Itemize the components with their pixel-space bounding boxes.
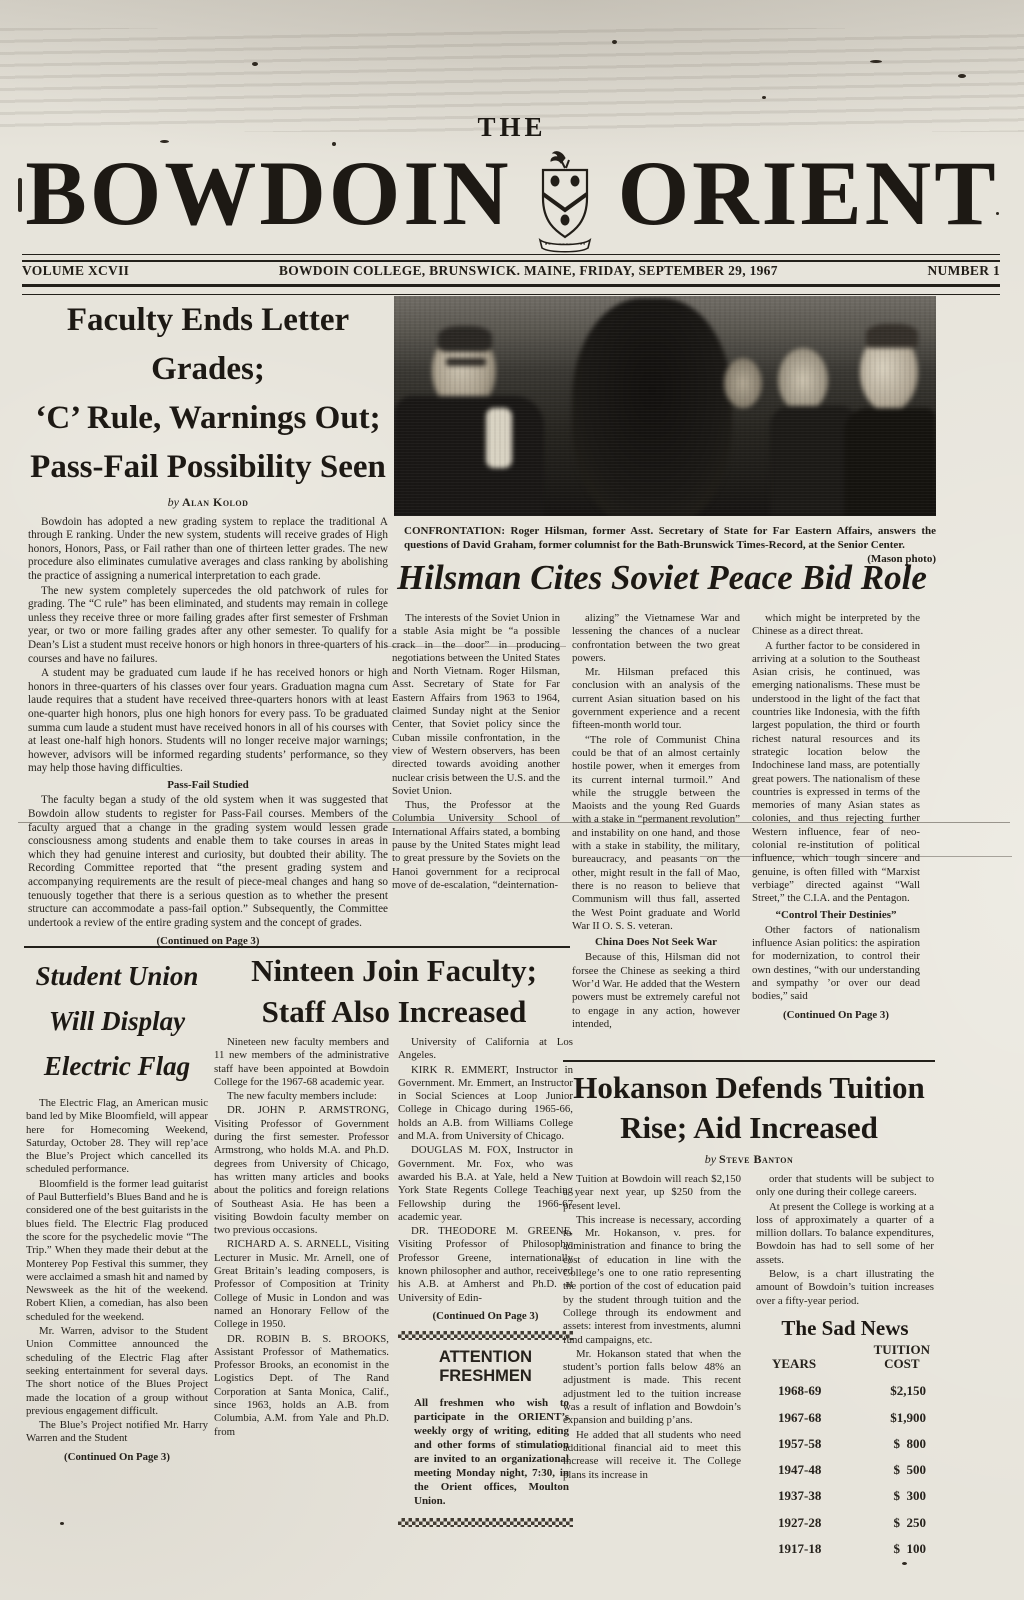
scan-speck — [612, 40, 617, 44]
table-row: 1927-28$ 250 — [756, 1516, 934, 1529]
subhead: Pass-Fail Studied — [28, 779, 388, 793]
paragraph: DOUGLAS M. FOX, Instructor in Government… — [398, 1144, 573, 1224]
table-row: 1937-38$ 300 — [756, 1489, 934, 1502]
table-row: 1968-69$2,150 — [756, 1384, 934, 1397]
masthead-kicker: THE — [0, 112, 1024, 143]
continued-note: (Continued On Page 3) — [398, 1310, 573, 1323]
hilsman-column-3: which might be interpreted by the Chines… — [752, 612, 920, 1062]
paragraph: Mr. Hilsman prefaced this conclusion wit… — [572, 666, 740, 732]
paragraph: KIRK R. EMMERT, Instructor in Government… — [398, 1064, 573, 1144]
paragraph: Other factors of nationalism influence A… — [752, 924, 920, 1004]
cost-cell: $ 300 — [894, 1489, 927, 1502]
hokanson-column-1: Tuition at Bowdoin will reach $2,150 a y… — [563, 1173, 741, 1555]
union-headline: Student Union Will Display Electric Flag — [26, 954, 208, 1089]
headline-line: Faculty Ends Letter Grades; — [28, 296, 388, 394]
headline-line: Staff Also Increased — [214, 991, 574, 1032]
attention-title-line: ATTENTION — [398, 1348, 573, 1367]
headline-line: Student Union — [26, 954, 208, 999]
paragraph: Tuition at Bowdoin will reach $2,150 a y… — [563, 1173, 741, 1213]
cost-cell: $ 250 — [894, 1516, 927, 1529]
headline-line: Electric Flag — [26, 1044, 208, 1089]
paragraph: Mr. Warren, advisor to the Student Union… — [26, 1325, 208, 1418]
year-cell: 1927-28 — [778, 1516, 821, 1529]
paragraph: order that students will be subject to o… — [756, 1173, 934, 1200]
byline-name: Alan Kolod — [182, 495, 248, 509]
year-cell: 1937-38 — [778, 1489, 821, 1502]
byline: by Steve Banton — [563, 1152, 935, 1167]
paragraph: which might be interpreted by the Chines… — [752, 612, 920, 639]
scan-speck — [762, 96, 766, 99]
attention-title-line: FRESHMEN — [398, 1367, 573, 1386]
scan-speck — [958, 74, 966, 78]
paragraph: “The role of Communist China could be th… — [572, 734, 740, 933]
paragraph: Below, is a chart illustrating the amoun… — [756, 1268, 934, 1308]
lead-headline: Faculty Ends Letter Grades; ‘C’ Rule, Wa… — [28, 296, 388, 492]
cost-cell: $ 100 — [894, 1542, 927, 1555]
continued-note: (Continued On Page 3) — [26, 1451, 208, 1464]
hilsman-column-1: The interests of the Soviet Union in a s… — [392, 612, 560, 952]
paragraph: Nineteen new faculty members and 11 new … — [214, 1036, 389, 1089]
hilsman-headline: Hilsman Cites Soviet Peace Bid Role — [388, 558, 936, 598]
paragraph: DR. ROBIN B. S. BROOKS, Assistant Profes… — [214, 1333, 389, 1439]
dateline-rule-top — [22, 254, 1000, 262]
table-row: 1947-48$ 500 — [756, 1463, 934, 1476]
paragraph: The Blue’s Project notified Mr. Harry Wa… — [26, 1419, 208, 1446]
table-title: The Sad News — [756, 1322, 934, 1335]
volume-label: VOLUME XCVII — [22, 263, 129, 279]
headline-line: Will Display — [26, 999, 208, 1044]
table-header-years: YEARS — [772, 1357, 816, 1371]
bowdoin-crest-icon — [532, 148, 598, 263]
paragraph: Mr. Hokanson stated that when the studen… — [563, 1348, 741, 1428]
paragraph: RICHARD A. S. ARNELL, Visiting Lecturer … — [214, 1238, 389, 1331]
table-row: 1917-18$ 100 — [756, 1542, 934, 1555]
paragraph: This increase is necessary, according to… — [563, 1214, 741, 1347]
article-tuition-rise: Hokanson Defends Tuition Rise; Aid Incre… — [563, 1068, 935, 1555]
cost-cell: $ 800 — [894, 1437, 927, 1450]
hokanson-columns: Tuition at Bowdoin will reach $2,150 a y… — [563, 1173, 935, 1555]
scan-speck — [870, 60, 882, 63]
continued-note: (Continued On Page 3) — [752, 1009, 920, 1022]
table-row: 1967-68$1,900 — [756, 1411, 934, 1424]
faculty-column-1: Nineteen new faculty members and 11 new … — [214, 1036, 389, 1576]
year-cell: 1967-68 — [778, 1411, 821, 1424]
attention-freshmen-box: ATTENTION FRESHMEN All freshmen who wish… — [398, 1331, 573, 1527]
byline-name: Steve Banton — [719, 1152, 793, 1166]
masthead-title-right: ORIENT — [618, 150, 999, 237]
paragraph: The new faculty members include: — [214, 1090, 389, 1103]
confrontation-photo — [394, 296, 936, 516]
headline-line: Rise; Aid Increased — [563, 1108, 935, 1148]
paragraph: The interests of the Soviet Union in a s… — [392, 612, 560, 798]
paragraph: Bowdoin has adopted a new grading system… — [28, 516, 388, 584]
paragraph: DR. THEODORE M. GREENE, Visiting Profess… — [398, 1225, 573, 1305]
table-row: 1957-58$ 800 — [756, 1437, 934, 1450]
dateline-rule-bottom — [22, 284, 1000, 295]
paragraph: Because of this, Hilsman did not forsee … — [572, 951, 740, 1031]
paragraph: A further factor to be considered in arr… — [752, 640, 920, 906]
masthead-title-row: BOWDOIN ORIENT — [0, 150, 1024, 263]
paragraph: The new system completely supercedes the… — [28, 585, 388, 667]
paragraph: A student may be graduated cum laude if … — [28, 667, 388, 776]
paragraph: Thus, the Professor at the Columbia Univ… — [392, 799, 560, 892]
attention-body: All freshmen who wish to participate in … — [414, 1396, 569, 1508]
paragraph: DR. JOHN P. ARMSTRONG, Visiting Professo… — [214, 1104, 389, 1237]
issue-number: NUMBER 1 — [927, 263, 1000, 279]
cost-cell: $1,900 — [890, 1411, 926, 1424]
subhead: “Control Their Destinies” — [752, 909, 920, 922]
dateline-text: BOWDOIN COLLEGE, BRUNSWICK. MAINE, FRIDA… — [279, 263, 778, 279]
byline-prefix: by — [705, 1152, 716, 1166]
article-faculty-grades: Faculty Ends Letter Grades; ‘C’ Rule, Wa… — [28, 296, 388, 949]
year-cell: 1917-18 — [778, 1542, 821, 1555]
cost-cell: $2,150 — [890, 1384, 926, 1397]
paragraph: University of California at Los Angeles. — [398, 1036, 573, 1063]
scan-speck — [902, 1562, 907, 1565]
tuition-table: The Sad News YEARS TUITION COST 1968-69$… — [756, 1322, 934, 1555]
table-header-line: TUITION — [874, 1343, 930, 1357]
section-rule — [563, 1060, 935, 1062]
checker-border-top — [398, 1331, 573, 1340]
year-cell: 1957-58 — [778, 1437, 821, 1450]
checker-border-bottom — [398, 1518, 573, 1527]
byline-prefix: by — [168, 495, 179, 509]
section-rule — [24, 946, 570, 948]
scan-speck — [252, 62, 258, 66]
headline-line: Hokanson Defends Tuition — [563, 1068, 935, 1108]
table-header: YEARS TUITION COST — [756, 1343, 934, 1371]
hokanson-headline: Hokanson Defends Tuition Rise; Aid Incre… — [563, 1068, 935, 1148]
table-header-cost: TUITION COST — [874, 1343, 930, 1371]
faculty-headline: Ninteen Join Faculty; Staff Also Increas… — [214, 950, 574, 1032]
year-cell: 1968-69 — [778, 1384, 821, 1397]
scan-speck — [60, 1522, 64, 1525]
article-electric-flag: Student Union Will Display Electric Flag… — [26, 954, 208, 1464]
paragraph: At present the College is working at a l… — [756, 1201, 934, 1267]
hilsman-column-2: alizing” the Vietnamese War and lessenin… — [572, 612, 740, 1064]
dateline: VOLUME XCVII BOWDOIN COLLEGE, BRUNSWICK.… — [22, 263, 1000, 279]
year-cell: 1947-48 — [778, 1463, 821, 1476]
faculty-column-2: University of California at Los Angeles.… — [398, 1036, 573, 1584]
headline-line: ‘C’ Rule, Warnings Out; — [28, 394, 388, 443]
paragraph: The faculty began a study of the old sys… — [28, 794, 388, 930]
byline: by Alan Kolod — [28, 496, 388, 510]
table-header-line: COST — [874, 1357, 930, 1371]
photo-caption-text: CONFRONTATION: Roger Hilsman, former Ass… — [404, 525, 936, 551]
masthead-title-left: BOWDOIN — [25, 150, 511, 237]
paragraph: The Electric Flag, an American music ban… — [26, 1097, 208, 1177]
paragraph: He added that all students who need addi… — [563, 1429, 741, 1482]
paragraph: alizing” the Vietnamese War and lessenin… — [572, 612, 740, 665]
headline-line: Pass-Fail Possibility Seen — [28, 443, 388, 492]
headline-line: Ninteen Join Faculty; — [214, 950, 574, 991]
photo-grain — [394, 296, 936, 516]
hokanson-column-2: order that students will be subject to o… — [756, 1173, 934, 1555]
subhead: China Does Not Seek War — [572, 936, 740, 949]
cost-cell: $ 500 — [894, 1463, 927, 1476]
paragraph: Bloomfield is the former lead guitarist … — [26, 1178, 208, 1324]
attention-title: ATTENTION FRESHMEN — [398, 1348, 573, 1386]
